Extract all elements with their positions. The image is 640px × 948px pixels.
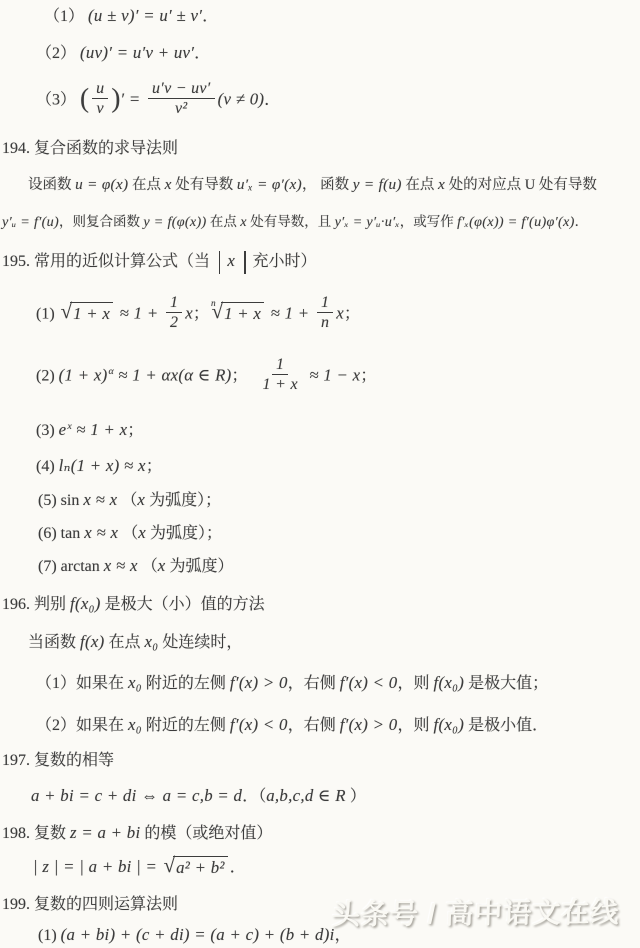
math-run: f(x₀) — [70, 594, 101, 613]
section-199-heading: 199. 复数的四则运算法则 — [2, 895, 178, 915]
text-run: （ — [138, 558, 158, 575]
text-run: 为弧度）； — [146, 525, 222, 542]
text-run: ； — [127, 422, 143, 439]
document-page: （1） (u ± v)′ = u′ ± v′．（2） (uv)′ = u′v +… — [0, 0, 640, 948]
text-run: 198. 复数 — [2, 825, 70, 842]
fraction: u′v − uv′v² — [148, 79, 215, 118]
text-run: （ — [118, 525, 138, 542]
text-run: 充小时） — [253, 253, 317, 270]
absolute-value-bar — [219, 251, 220, 274]
text-run: ， 函数 — [302, 177, 353, 193]
text-run: 在点 — [402, 177, 438, 193]
text-run: 是极大（小）值的方法 — [101, 596, 265, 613]
text-run: 为弧度） — [166, 558, 234, 575]
text-run: ) — [111, 85, 120, 112]
math-run: a,b,c,d ∈ R — [266, 786, 346, 805]
approx-formula-1: (1) √1 + x ≈ 1 + 12x；n√1 + x ≈ 1 + 1nx； — [36, 295, 360, 334]
derivative-sum-rule: （1） (u ± v)′ = u′ ± v′． — [44, 6, 218, 27]
fraction: 12 — [166, 293, 182, 332]
text-run: (1) — [36, 305, 59, 322]
math-run: f(x₀) — [433, 715, 464, 734]
approx-formula-6: (6) tan x ≈ x （x 为弧度）； — [38, 523, 222, 544]
text-run: 附近的左侧 — [142, 675, 230, 692]
approx-formula-5: (5) sin x ≈ x （x 为弧度）； — [38, 490, 221, 511]
text-run: ，则复合函数 — [59, 214, 143, 229]
text-run: ； — [193, 305, 209, 322]
math-run: f(x) — [80, 632, 105, 651]
complex-modulus-formula: | z | = | a + bi | = √a² + b²． — [33, 857, 246, 880]
math-run: a + bi = c + di ⇔ a = c,b = d — [31, 786, 242, 805]
text-run: 在点 — [128, 177, 164, 193]
math-run: (1 + x) — [59, 365, 108, 384]
text-run: (3) — [36, 422, 59, 439]
text-run: 199. 复数的四则运算法则 — [2, 896, 178, 913]
text-run: 194. 复合函数的求导法则 — [2, 140, 178, 157]
math-run: z = a + bi — [70, 823, 140, 842]
text-run: ． — [575, 214, 589, 229]
section-195-heading: 195. 常用的近似计算公式（当x充小时） — [2, 251, 317, 274]
math-run: f′(x) < 0 — [230, 715, 288, 734]
math-run: x ≈ x — [83, 490, 117, 509]
text-run: ） — [346, 788, 366, 805]
text-run: ，则 — [397, 675, 433, 692]
section-196-heading: 196. 判别 f(x₀) 是极大（小）值的方法 — [2, 594, 265, 615]
text-run: ． — [230, 859, 246, 876]
math-run: ≈ 1 + αx(α ∈ R) — [114, 365, 232, 384]
text-run: (7) arctan — [38, 558, 104, 575]
watermark: 头条号 / 高中语文在线 — [331, 891, 619, 934]
text-run: 196. 判别 — [2, 596, 70, 613]
math-run: x₀ — [128, 715, 142, 734]
text-run: 处连续时， — [158, 634, 242, 651]
text-run: 是极小值． — [464, 717, 548, 734]
approx-formula-3: (3) ex ≈ 1 + x； — [36, 420, 143, 441]
math-run: x — [165, 176, 172, 193]
text-run: ，右侧 — [288, 675, 340, 692]
math-run: f′(x) < 0 — [340, 673, 398, 692]
math-run: (a + bi) + (c + di) = (a + c) + (b + d)i — [61, 925, 335, 944]
math-run: x — [336, 303, 344, 322]
text-run: （1）如果在 — [36, 675, 128, 692]
math-run: x — [438, 176, 445, 193]
math-run: x ≈ x — [84, 523, 118, 542]
text-run: （1） — [44, 8, 88, 25]
text-run: ． — [264, 91, 280, 108]
text-run: 在点 — [207, 214, 241, 229]
math-run: (v ≠ 0) — [218, 89, 265, 108]
math-run: x — [227, 251, 235, 270]
math-run: f(x₀) — [433, 673, 464, 692]
text-run: (1) — [38, 927, 61, 944]
math-run: x — [158, 556, 166, 575]
text-run: ． — [202, 8, 218, 25]
text-run: (5) sin — [38, 492, 83, 509]
math-run: ≈ 1 + x — [72, 420, 128, 439]
text-run: ； — [146, 458, 162, 475]
math-run: (uv)′ = u′v + uv′ — [80, 43, 194, 62]
math-run: ≈ 1 − x — [305, 365, 361, 384]
math-run: u′ₓ = φ′(x) — [237, 176, 302, 193]
math-run: f′ₓ(φ(x)) = f′(u)φ′(x) — [457, 214, 574, 230]
text-run: 处有导数，且 — [247, 214, 335, 229]
math-run: y = f(u) — [353, 176, 402, 193]
math-run: x₀ — [128, 673, 142, 692]
text-run: ．（ — [242, 788, 266, 805]
text-run: 附近的左侧 — [142, 717, 230, 734]
section-194-paragraph-1: 设函数 u = φ(x) 在点 x 处有导数 u′ₓ = φ′(x)， 函数 y… — [28, 175, 597, 194]
fraction: 11 + x — [259, 355, 302, 394]
radical: √a² + b² — [164, 856, 228, 879]
math-run: ≈ 1 + — [115, 303, 163, 322]
section-196-case-2: （2）如果在 x₀ 附近的左侧 f′(x) < 0，右侧 f′(x) > 0，则… — [36, 715, 548, 736]
math-run: x ≈ x — [104, 556, 138, 575]
text-run: （ — [117, 492, 137, 509]
section-196-case-1: （1）如果在 x₀ 附近的左侧 f′(x) > 0，右侧 f′(x) < 0，则… — [36, 673, 548, 694]
text-run: ； — [344, 305, 360, 322]
fraction: uv — [92, 79, 108, 118]
math-run: ′ = — [120, 89, 145, 108]
math-run: (u ± v)′ = u′ ± v′ — [88, 6, 202, 25]
math-run: y′ᵤ = f′(u) — [2, 214, 59, 230]
text-run: 处有导数 — [172, 177, 237, 193]
math-run: y′ₓ = y′ᵤ·u′ₓ — [335, 214, 400, 230]
approx-formula-2: (2) (1 + x)α ≈ 1 + αx(α ∈ R)； 11 + x ≈ 1… — [36, 357, 376, 396]
text-run: 处的对应点 U 处有导数 — [445, 177, 597, 193]
text-run: （3） — [36, 91, 80, 108]
math-run: x — [137, 490, 145, 509]
text-run: 是极大值； — [464, 675, 548, 692]
derivative-product-rule: （2） (uv)′ = u′v + uv′． — [36, 43, 210, 64]
section-194-heading: 194. 复合函数的求导法则 — [2, 139, 178, 159]
text-run: 为弧度）； — [145, 492, 221, 509]
approx-formula-7: (7) arctan x ≈ x （x 为弧度） — [38, 556, 234, 577]
math-run: x₀ — [145, 632, 159, 651]
math-run: x — [240, 214, 247, 230]
section-196-intro: 当函数 f(x) 在点 x₀ 处连续时， — [28, 632, 242, 653]
math-run: y = f(φ(x)) — [143, 214, 206, 230]
math-run: f′(x) > 0 — [340, 715, 398, 734]
math-run: u = φ(x) — [75, 176, 128, 193]
radical: √1 + x — [61, 302, 113, 325]
text-run: ，右侧 — [288, 717, 340, 734]
text-run: 195. 常用的近似计算公式（当 — [2, 253, 210, 270]
text-run: ，则 — [397, 717, 433, 734]
complex-addition-formula: (1) (a + bi) + (c + di) = (a + c) + (b +… — [38, 925, 351, 946]
math-run: lₙ(1 + x) ≈ x — [59, 456, 146, 475]
radical: n√1 + x — [211, 302, 264, 325]
math-run: f′(x) > 0 — [230, 673, 288, 692]
text-run: 的模（或绝对值） — [140, 825, 272, 842]
section-197-heading: 197. 复数的相等 — [2, 751, 114, 771]
section-198-heading: 198. 复数 z = a + bi 的模（或绝对值） — [2, 823, 272, 844]
section-194-paragraph-2: y′ᵤ = f′(u)，则复合函数 y = f(φ(x)) 在点 x 处有导数，… — [2, 214, 588, 232]
text-run: (4) — [36, 458, 59, 475]
text-run: （2）如果在 — [36, 717, 128, 734]
complex-equality-formula: a + bi = c + di ⇔ a = c,b = d．（a,b,c,d ∈… — [31, 786, 366, 807]
math-run: e — [59, 420, 67, 439]
math-run: x — [138, 523, 146, 542]
text-run: (2) — [36, 367, 59, 384]
text-run: （2） — [36, 45, 80, 62]
fraction: 1n — [317, 293, 333, 332]
math-run: x — [185, 303, 193, 322]
text-run: 当函数 — [28, 634, 80, 651]
derivative-quotient-rule: （3） (uv)′ = u′v − uv′v²(v ≠ 0)． — [36, 81, 280, 120]
text-run: 197. 复数的相等 — [2, 752, 114, 769]
approx-formula-4: (4) lₙ(1 + x) ≈ x； — [36, 456, 162, 477]
math-run: ≈ 1 + — [266, 303, 314, 322]
text-run: (6) tan — [38, 525, 84, 542]
text-run: 设函数 — [28, 177, 75, 193]
text-run: ． — [194, 45, 210, 62]
text-run: ； — [360, 367, 376, 384]
text-run: ，或写作 — [400, 214, 457, 229]
text-run: 在点 — [105, 634, 145, 651]
math-run: | z | = | a + bi | = — [33, 857, 162, 876]
absolute-value-bar — [244, 251, 245, 274]
text-run: ； — [232, 367, 256, 384]
text-run: ( — [80, 85, 89, 112]
